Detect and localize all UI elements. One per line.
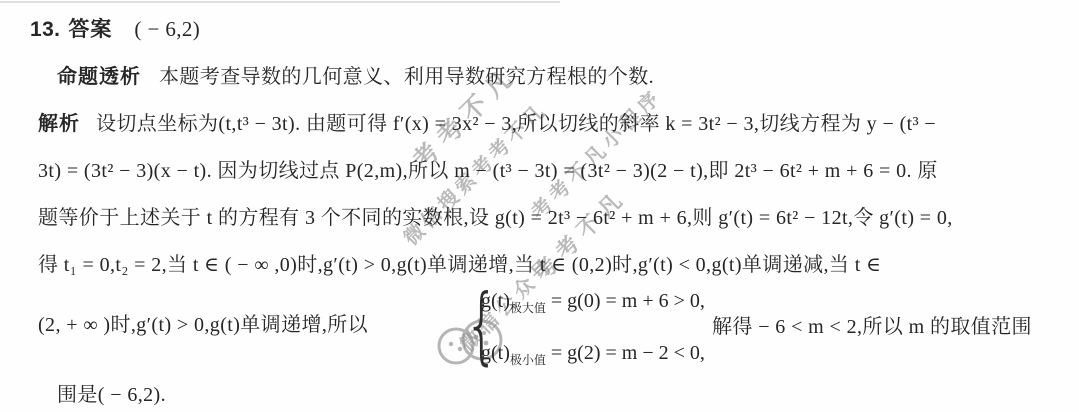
solution-line-2: 3t) = (3t² − 3)(x − t). 因为切线过点 P(2,m),所以… — [38, 154, 938, 183]
system-equation-min: g(t)极小值 = g(2) = m − 2 < 0, — [481, 342, 705, 368]
max-rest: = g(0) = m + 6 > 0, — [546, 290, 705, 312]
conclusion-text: 解得 − 6 < m < 2,所以 m 的取值范围 — [712, 310, 1032, 339]
problem-number: 13. — [30, 18, 60, 41]
answer-label: 答案 — [68, 18, 112, 41]
solution-line-1: 解析设切点坐标为(t,t³ − 3t). 由题可得 f′(x) = 3x² − … — [38, 107, 936, 136]
solution-line-3: 题等价于上述关于 t 的方程有 3 个不同的实数根,设 g(t) = 2t³ −… — [38, 201, 953, 230]
max-subscript: 极大值 — [510, 301, 546, 315]
answer-value: ( − 6,2) — [134, 17, 200, 41]
solution-text: 设切点坐标为(t,t³ − 3t). 由题可得 f′(x) = 3x² − 3,… — [96, 113, 936, 135]
answer-line: 13.答案( − 6,2) — [30, 13, 200, 43]
min-rest: = g(2) = m − 2 < 0, — [546, 342, 705, 364]
solution-label: 解析 — [38, 113, 80, 135]
analysis-text: 本题考查导数的几何意义、利用导数研究方程根的个数. — [159, 66, 654, 88]
min-subscript: 极小值 — [510, 353, 546, 367]
analysis-label: 命题透析 — [57, 66, 141, 88]
solution-line-4: 得 t₁ = 0,t₂ = 2,当 t ∈ ( − ∞ ,0)时,g′(t) >… — [38, 248, 881, 277]
scan-artifact-line — [0, 1, 560, 3]
analysis-line: 命题透析本题考查导数的几何意义、利用导数研究方程根的个数. — [57, 60, 654, 89]
solution-line-6: 围是( − 6,2). — [57, 378, 166, 407]
document-page: 考考不凡 微信搜索考考不凡 考考不凡小程序 考考不凡 微信公众号 13.答案( … — [0, 0, 1079, 412]
system-equation-max: g(t)极大值 = g(0) = m + 6 > 0, — [481, 290, 705, 316]
max-lead: g(t) — [481, 290, 510, 312]
solution-line-5: (2, + ∞ )时,g′(t) > 0,g(t)单调递增,所以 — [38, 308, 368, 337]
min-lead: g(t) — [481, 342, 510, 364]
